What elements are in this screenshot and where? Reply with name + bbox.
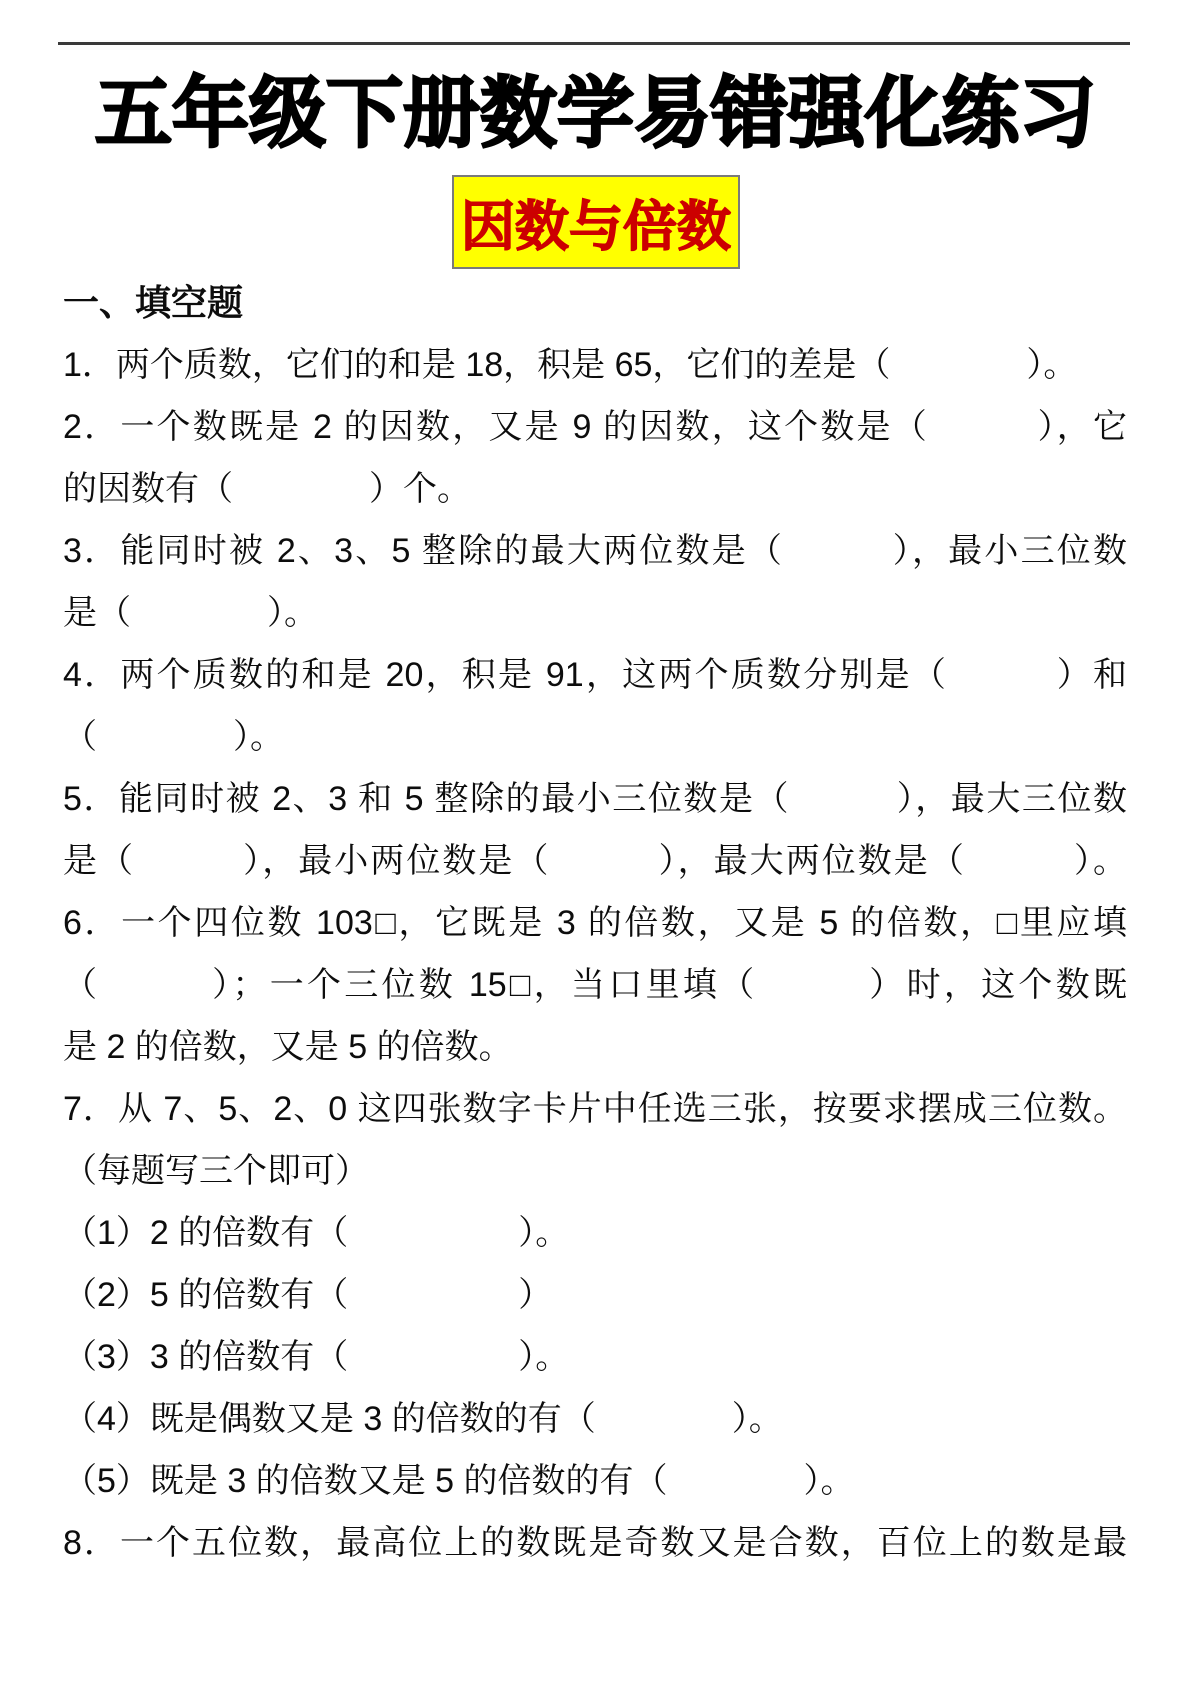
page-title: 五年级下册数学易错强化练习: [0, 68, 1191, 160]
questions-section: 一、填空题 1．两个质数，它们的和是 18，积是 65，它们的差是（ ）。 2．…: [63, 272, 1127, 1574]
subtitle-highlight-box: 因数与倍数: [452, 175, 740, 269]
question-6-line-1: 6．一个四位数 103□，它既是 3 的倍数，又是 5 的倍数，□里应填: [63, 892, 1127, 954]
question-3-line-2: 是（ ）。: [63, 582, 1127, 644]
question-7-note: （每题写三个即可）: [63, 1140, 1127, 1202]
question-7-sub-3: （3）3 的倍数有（ ）。: [63, 1326, 1127, 1388]
question-7-sub-5: （5）既是 3 的倍数又是 5 的倍数的有（ ）。: [63, 1450, 1127, 1512]
question-7-line-1: 7．从 7、5、2、0 这四张数字卡片中任选三张，按要求摆成三位数。: [63, 1078, 1127, 1140]
question-5-line-2: 是（ ），最小两位数是（ ），最大两位数是（ ）。: [63, 830, 1127, 892]
question-8-line-1: 8．一个五位数，最高位上的数既是奇数又是合数，百位上的数是最: [63, 1512, 1127, 1574]
question-1: 1．两个质数，它们的和是 18，积是 65，它们的差是（ ）。: [63, 334, 1127, 396]
question-7-sub-1: （1）2 的倍数有（ ）。: [63, 1202, 1127, 1264]
section-heading: 一、填空题: [63, 272, 1127, 334]
question-2-line-1: 2．一个数既是 2 的因数，又是 9 的因数，这个数是（ ），它: [63, 396, 1127, 458]
question-7-sub-4: （4）既是偶数又是 3 的倍数的有（ ）。: [63, 1388, 1127, 1450]
question-7-sub-2: （2）5 的倍数有（ ）: [63, 1264, 1127, 1326]
top-divider-line: [58, 42, 1130, 45]
question-4-line-1: 4．两个质数的和是 20，积是 91，这两个质数分别是（ ）和: [63, 644, 1127, 706]
question-5-line-1: 5．能同时被 2、3 和 5 整除的最小三位数是（ ），最大三位数: [63, 768, 1127, 830]
subtitle-text: 因数与倍数: [461, 184, 731, 261]
question-6-line-2: （ ）；一个三位数 15□，当口里填（ ）时，这个数既: [63, 954, 1127, 1016]
question-3-line-1: 3．能同时被 2、3、5 整除的最大两位数是（ ），最小三位数: [63, 520, 1127, 582]
worksheet-page: 五年级下册数学易错强化练习 因数与倍数 一、填空题 1．两个质数，它们的和是 1…: [0, 0, 1191, 1684]
question-4-line-2: （ ）。: [63, 706, 1127, 768]
question-2-line-2: 的因数有（ ）个。: [63, 458, 1127, 520]
question-6-line-3: 是 2 的倍数，又是 5 的倍数。: [63, 1016, 1127, 1078]
